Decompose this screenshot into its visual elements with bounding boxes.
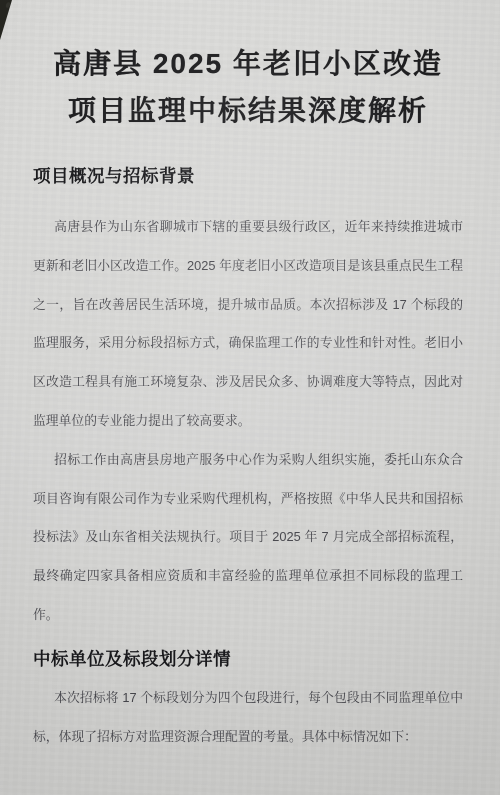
section-heading-project-overview: 项目概况与招标背景 (33, 163, 463, 189)
document-title-line-2: 项目监理中标结果深度解析 (68, 95, 428, 126)
section-heading-winning-bidders: 中标单位及标段划分详情 (33, 646, 463, 672)
paragraph-project-background-2: 招标工作由高唐县房地产服务中心作为采购人组织实施，委托山东众合项目咨询有限公司作… (33, 441, 463, 635)
document-title-line-1: 高唐县 2025 年老旧小区改造 (53, 48, 443, 79)
document-photo: 高唐县 2025 年老旧小区改造 项目监理中标结果深度解析 项目概况与招标背景 … (0, 0, 500, 795)
document-title: 高唐县 2025 年老旧小区改造 项目监理中标结果深度解析 (33, 40, 463, 134)
paragraph-project-background-1: 高唐县作为山东省聊城市下辖的重要县级行政区，近年来持续推进城市更新和老旧小区改造… (33, 208, 463, 441)
document-content: 高唐县 2025 年老旧小区改造 项目监理中标结果深度解析 项目概况与招标背景 … (33, 0, 463, 756)
paragraph-winning-bidders-1: 本次招标将 17 个标段划分为四个包段进行，每个包段由不同监理单位中标，体现了招… (33, 679, 463, 757)
